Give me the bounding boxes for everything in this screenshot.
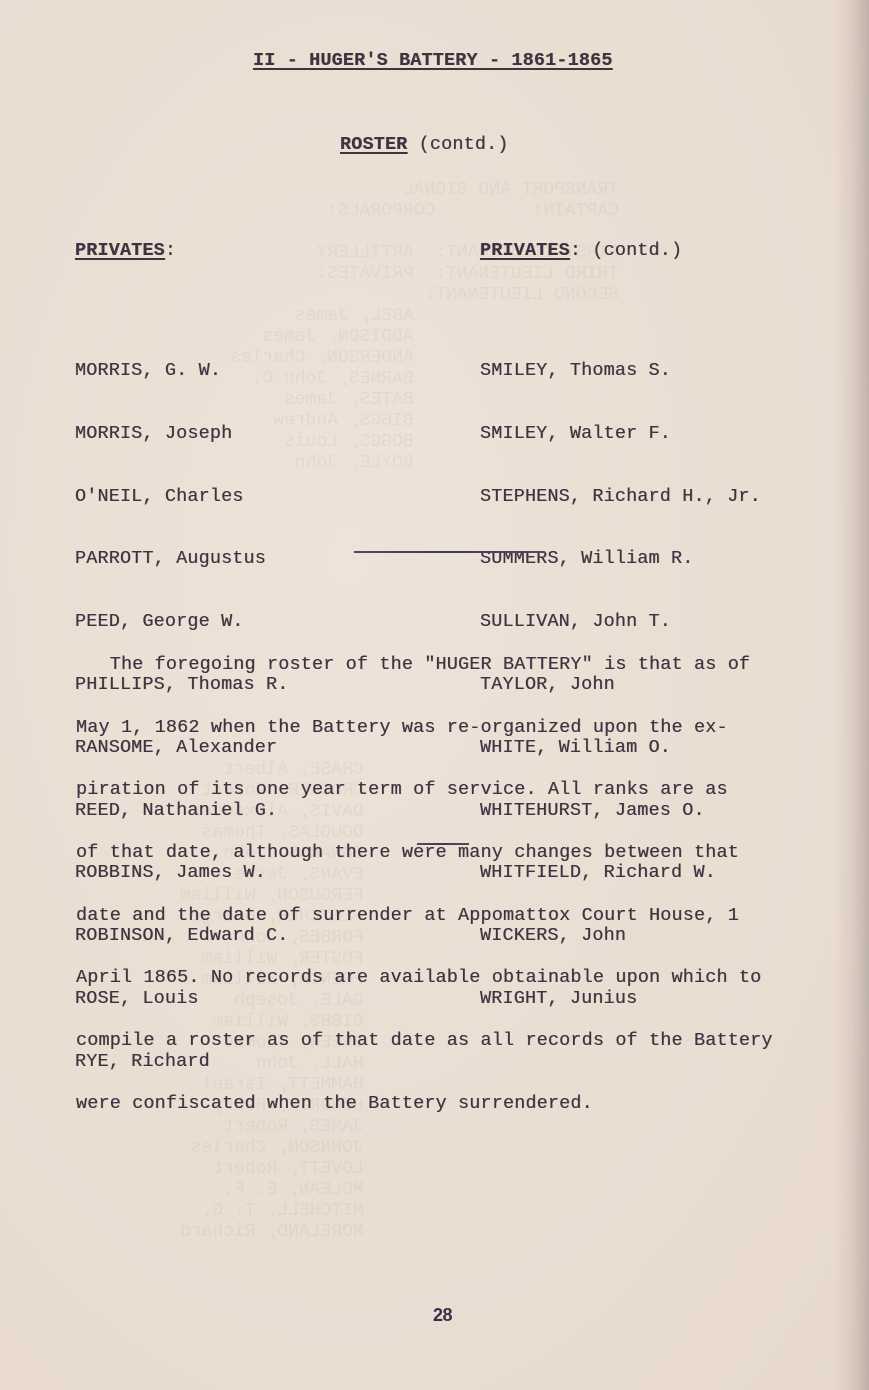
paragraph-line: May 1, 1862 when the Battery was re-orga…	[76, 718, 773, 739]
paragraph-line: date and the date of surrender at Appoma…	[76, 906, 773, 927]
heading-suffix: :	[165, 240, 176, 261]
section-divider	[354, 551, 545, 553]
list-item: MORRIS, G. W.	[75, 361, 289, 382]
list-item: MORRIS, Joseph	[75, 424, 289, 445]
list-item: STEPHENS, Richard H., Jr.	[480, 487, 761, 508]
roster-contd: (contd.)	[407, 134, 508, 155]
paragraph-line: of that date, although there were many c…	[76, 843, 773, 864]
roster-note-paragraph: The foregoing roster of the "HUGER BATTE…	[76, 613, 773, 1136]
column-heading: PRIVATES: (contd.)	[480, 240, 761, 262]
paragraph-line: piration of its one year term of service…	[76, 780, 773, 801]
privates-heading: PRIVATES	[480, 240, 570, 261]
list-item: SMILEY, Thomas S.	[480, 361, 761, 382]
list-item: PARROTT, Augustus	[75, 549, 289, 570]
paragraph-line: April 1865. No records are available obt…	[76, 968, 773, 989]
page-number: 28	[433, 1305, 452, 1326]
section-title: II - HUGER'S BATTERY - 1861-1865	[253, 50, 613, 71]
paragraph-line: were confiscated when the Battery surren…	[76, 1094, 773, 1115]
paragraph-line: The foregoing roster of the "HUGER BATTE…	[76, 655, 773, 676]
column-heading: PRIVATES:	[75, 240, 289, 262]
roster-label: ROSTER	[340, 134, 407, 155]
paragraph-line: compile a roster as of that date as all …	[76, 1031, 773, 1052]
list-item: SMILEY, Walter F.	[480, 424, 761, 445]
privates-heading: PRIVATES	[75, 240, 165, 261]
roster-subtitle: ROSTER (contd.)	[340, 134, 509, 155]
heading-suffix: : (contd.)	[570, 240, 682, 261]
list-item: O'NEIL, Charles	[75, 487, 289, 508]
end-divider	[417, 843, 469, 845]
